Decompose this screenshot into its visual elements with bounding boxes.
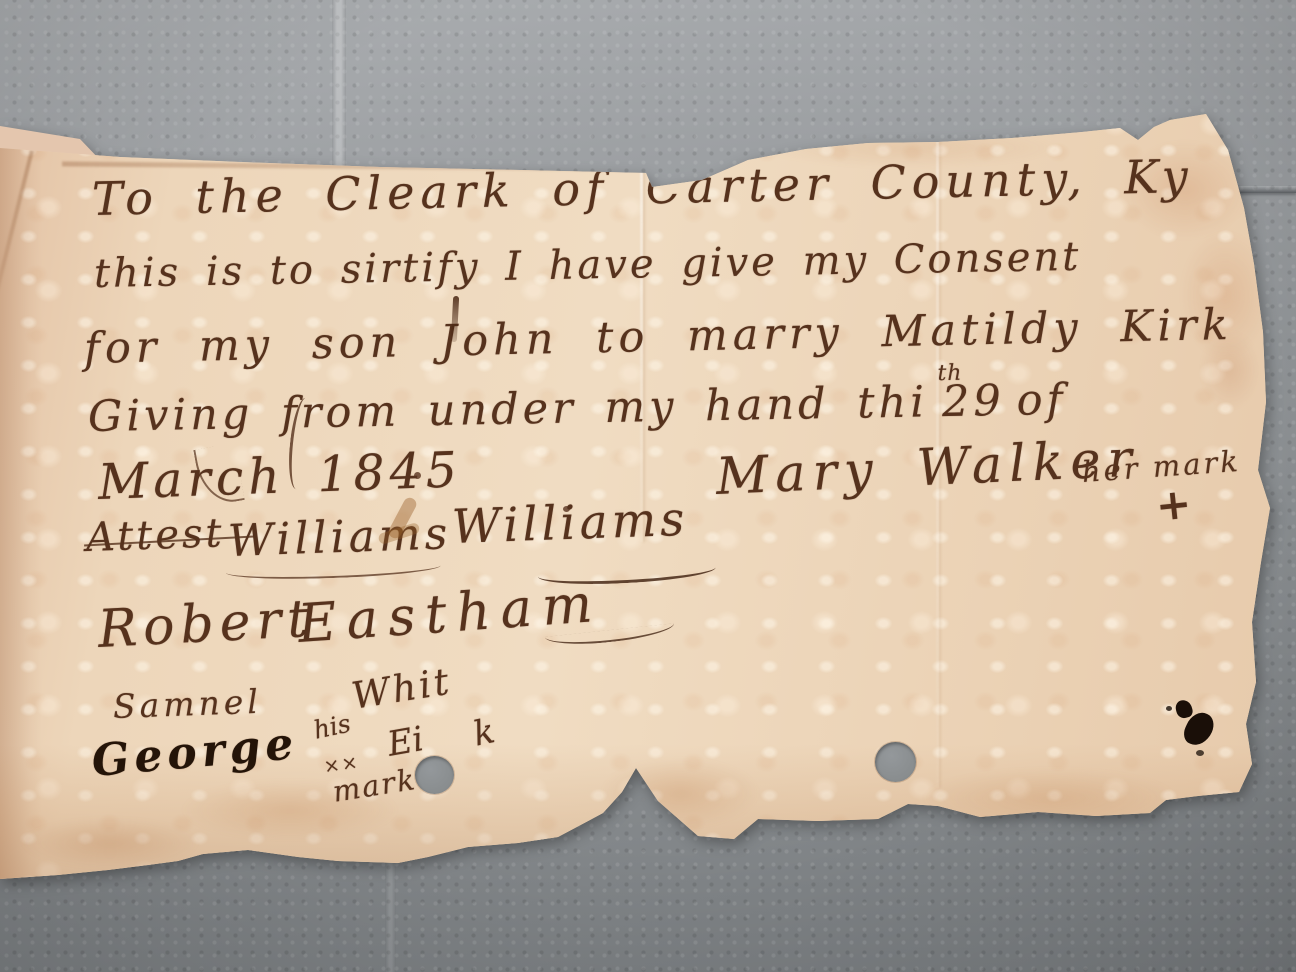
smudge-dot <box>414 472 421 479</box>
handwriting-given-line: Giving from under my hand thith29of <box>88 379 1067 439</box>
obscured-name-start: Ei <box>385 722 426 762</box>
witness4-name: Whit <box>349 662 454 714</box>
attest-label: Attest <box>85 513 225 558</box>
witness1-last-name: Williams <box>451 496 689 551</box>
photo-of-document: To the Cleark of Carter County, Ky this … <box>0 0 1296 972</box>
paper-wrapper: To the Cleark of Carter County, Ky this … <box>0 0 1296 972</box>
given-line-text: Giving from under my hand thi <box>88 377 929 442</box>
signature-signer-name: Mary Walker <box>715 434 1140 503</box>
signature-cross-mark: + <box>1154 482 1193 527</box>
handwriting-consent-line: for my son John to marry Matildy Kirk <box>84 304 1234 371</box>
witness1-first-name: Williams <box>227 512 452 564</box>
day-number-group: th29 <box>942 380 1005 424</box>
stain-bottom-2 <box>600 758 760 828</box>
document-paper: To the Cleark of Carter County, Ky this … <box>0 0 1296 972</box>
his-label: his <box>311 711 352 743</box>
handwriting-certify-line: this is to sirtify I have give my Consen… <box>94 237 1082 294</box>
day-ordinal-superscript: th <box>937 363 962 385</box>
stain-bottom-3 <box>920 768 1180 828</box>
stain-bottom-left <box>20 818 200 868</box>
witness2-first-name: Robert <box>97 593 316 656</box>
ink-blot-speck-1 <box>1166 706 1172 711</box>
punch-hole-right <box>875 742 916 782</box>
punch-hole-left <box>415 756 454 794</box>
witness1-underline-flourish <box>226 564 441 581</box>
ink-blot-speck-2 <box>1196 750 1204 756</box>
given-line-of: of <box>1016 375 1067 426</box>
witness3-name: Samnel <box>112 685 262 723</box>
